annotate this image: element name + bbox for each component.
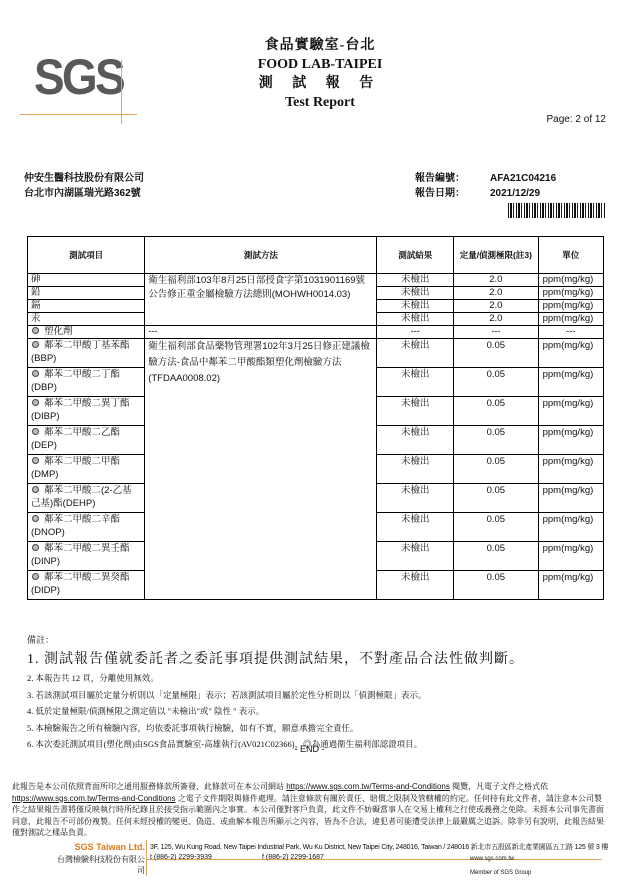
- lab-name-cn: 食品實驗室-台北: [200, 36, 440, 55]
- accredited-mark-icon: [32, 327, 39, 334]
- footer-divider: [146, 840, 147, 876]
- item-name: 砷: [28, 274, 145, 287]
- table-row-plasticizer-group: 塑化劑 --- --- --- ---: [28, 326, 604, 339]
- unit: ppm(mg/kg): [538, 542, 603, 571]
- result: 未檢出: [377, 313, 454, 326]
- lab-name-en: FOOD LAB-TAIPEI: [200, 55, 440, 74]
- unit: ppm(mg/kg): [538, 274, 603, 287]
- notes-section: 備註： 1. 測試報告僅就委託者之委託事項提供測試結果，不對產品合法性做判斷。 …: [27, 633, 587, 753]
- report-date-label: 報告日期：: [415, 186, 490, 201]
- unit: ppm(mg/kg): [538, 287, 603, 300]
- doc-type-cn: 測 試 報 告: [200, 74, 440, 93]
- item-name: 汞: [28, 313, 145, 326]
- result: 未檢出: [377, 287, 454, 300]
- limit: 0.05: [454, 397, 539, 426]
- result: 未檢出: [377, 397, 454, 426]
- limit: 2.0: [454, 287, 539, 300]
- accredited-mark-icon: [32, 428, 39, 435]
- terms-link-1[interactable]: https://www.sgs.com.tw/Terms-and-Conditi…: [286, 782, 450, 791]
- unit: ppm(mg/kg): [538, 300, 603, 313]
- result: 未檢出: [377, 513, 454, 542]
- note-4: 4. 低於定量極限/偵測極限之測定值以 "未檢出"或" 陰性 " 表示。: [27, 703, 587, 720]
- result: 未檢出: [377, 300, 454, 313]
- results-table: 測試項目 測試方法 測試結果 定量/偵測極限(註3) 單位 砷 衛生福利部103…: [27, 236, 604, 600]
- table-header-row: 測試項目 測試方法 測試結果 定量/偵測極限(註3) 單位: [28, 237, 604, 274]
- note-3: 3. 若該測試項目屬於定量分析則以「定量極限」表示；若該測試項目屬於定性分析則以…: [27, 687, 587, 704]
- doc-type-en: Test Report: [200, 93, 440, 112]
- result: 未檢出: [377, 571, 454, 600]
- limit: 0.05: [454, 455, 539, 484]
- note-1: 1. 測試報告僅就委託者之委託事項提供測試結果，不對產品合法性做判斷。: [27, 650, 587, 670]
- item-name: 鄰苯二甲酸二丁酯(DBP): [28, 368, 145, 397]
- limit: 2.0: [454, 300, 539, 313]
- result: 未檢出: [377, 368, 454, 397]
- report-number-label: 報告編號：: [415, 171, 490, 186]
- accredited-mark-icon: [32, 370, 39, 377]
- result: 未檢出: [377, 542, 454, 571]
- result: 未檢出: [377, 339, 454, 368]
- limit: 0.05: [454, 484, 539, 513]
- company-name-cn: 台灣檢驗科技股份有限公司: [50, 854, 145, 876]
- unit: ppm(mg/kg): [538, 513, 603, 542]
- legal-text-1: 此報告是本公司依照背面所印之通用服務條款所簽發，此條款可在本公司網站: [12, 782, 286, 791]
- unit: ppm(mg/kg): [538, 313, 603, 326]
- limit: 0.05: [454, 542, 539, 571]
- unit: ppm(mg/kg): [538, 397, 603, 426]
- item-name: 塑化劑: [28, 326, 145, 339]
- limit: 0.05: [454, 368, 539, 397]
- item-name: 鄰苯二甲酸二辛酯(DNOP): [28, 513, 145, 542]
- result: 未檢出: [377, 455, 454, 484]
- lab-header: 食品實驗室-台北 FOOD LAB-TAIPEI 測 試 報 告 Test Re…: [200, 36, 440, 112]
- footer-fax: f (886-2) 2299-1687: [262, 854, 324, 861]
- item-name: 鄰苯二甲酸二異癸酯(DIDP): [28, 571, 145, 600]
- item-name: 鄰苯二甲酸二(2-乙基己基)酯(DEHP): [28, 484, 145, 513]
- limit: 0.05: [454, 339, 539, 368]
- accredited-mark-icon: [32, 399, 39, 406]
- accredited-mark-icon: [32, 544, 39, 551]
- limit: 0.05: [454, 426, 539, 455]
- legal-text-2: 閱覽，凡電子文件之格式依: [450, 782, 548, 791]
- item-name: 鄰苯二甲酸二異丁酯(DIBP): [28, 397, 145, 426]
- footer-phone: t (886-2) 2299-3939: [150, 854, 212, 861]
- limit: 2.0: [454, 313, 539, 326]
- footer-address: 3F, 125, Wu Kung Road, New Taipei Indust…: [150, 842, 608, 852]
- report-meta: 報告編號： AFA21C04216 報告日期： 2021/12/29: [415, 171, 556, 201]
- page-number: Page: 2 of 12: [547, 114, 607, 125]
- unit: ppm(mg/kg): [538, 339, 603, 368]
- limit: 0.05: [454, 513, 539, 542]
- notes-title: 備註：: [27, 633, 587, 646]
- accredited-mark-icon: [32, 341, 39, 348]
- unit: ppm(mg/kg): [538, 368, 603, 397]
- method: ---: [145, 326, 377, 339]
- limit: 0.05: [454, 571, 539, 600]
- header-test-item: 測試項目: [28, 237, 145, 274]
- item-name: 鄰苯二甲酸二異壬酯(DINP): [28, 542, 145, 571]
- plasticizer-method: 衛生福利部食品藥物管理署102年3月25日修正建議檢驗方法-食品中鄰苯二甲酸酯類…: [145, 339, 377, 600]
- unit: ---: [538, 326, 603, 339]
- end-marker: - END -: [0, 744, 619, 754]
- note-5: 5. 本檢驗報告之所有檢驗內容，均依委託事項執行檢驗，如有不實，願意承擔完全責任…: [27, 720, 587, 737]
- client-name: 仲安生醫科技股份有限公司: [24, 171, 144, 186]
- table-row: 鄰苯二甲酸丁基苯酯(BBP) 衛生福利部食品藥物管理署102年3月25日修正建議…: [28, 339, 604, 368]
- accredited-mark-icon: [32, 486, 39, 493]
- unit: ppm(mg/kg): [538, 571, 603, 600]
- unit: ppm(mg/kg): [538, 426, 603, 455]
- note-2: 2. 本報告共 12 頁，分離使用無效。: [27, 670, 587, 687]
- header-limit: 定量/偵測極限(註3): [454, 237, 539, 274]
- unit: ppm(mg/kg): [538, 455, 603, 484]
- logo-horizontal-rule: [20, 114, 137, 115]
- result: 未檢出: [377, 274, 454, 287]
- footer-website[interactable]: www.sgs.com.tw: [470, 856, 514, 862]
- header-result: 測試結果: [377, 237, 454, 274]
- footer-company: SGS Taiwan Ltd. 台灣檢驗科技股份有限公司: [50, 842, 145, 876]
- result: 未檢出: [377, 484, 454, 513]
- footer-rule: [146, 859, 602, 860]
- accredited-mark-icon: [32, 457, 39, 464]
- legal-disclaimer: 此報告是本公司依照背面所印之通用服務條款所簽發，此條款可在本公司網站 https…: [12, 781, 608, 839]
- logo-vertical-rule: [121, 60, 122, 124]
- accredited-mark-icon: [32, 573, 39, 580]
- footer-member: Member of SGS Group: [470, 870, 531, 876]
- limit: 2.0: [454, 274, 539, 287]
- item-name: 鉛: [28, 287, 145, 300]
- sgs-logo: SGS: [10, 30, 128, 96]
- barcode: [508, 203, 606, 218]
- item-name: 鄰苯二甲酸二乙酯(DEP): [28, 426, 145, 455]
- result: 未檢出: [377, 426, 454, 455]
- company-name-en: SGS Taiwan Ltd.: [50, 842, 145, 852]
- header-test-method: 測試方法: [145, 237, 377, 274]
- unit: ppm(mg/kg): [538, 484, 603, 513]
- header-unit: 單位: [538, 237, 603, 274]
- item-name: 鄰苯二甲酸二甲酯(DMP): [28, 455, 145, 484]
- report-date: 2021/12/29: [490, 186, 540, 201]
- terms-link-2[interactable]: https://www.sgs.com.tw/Terms-and-Conditi…: [12, 794, 176, 803]
- metals-method: 衛生福利部103年8月25日部授食字第1031901169號公告修正重金屬檢驗方…: [145, 274, 377, 326]
- report-number: AFA21C04216: [490, 171, 556, 186]
- accredited-mark-icon: [32, 515, 39, 522]
- item-name: 鎘: [28, 300, 145, 313]
- client-address: 台北市內湖區瑞光路362號: [24, 186, 144, 201]
- client-info: 仲安生醫科技股份有限公司 台北市內湖區瑞光路362號: [24, 171, 144, 201]
- limit: ---: [454, 326, 539, 339]
- logo-text: SGS: [34, 52, 123, 102]
- result: ---: [377, 326, 454, 339]
- item-name: 鄰苯二甲酸丁基苯酯(BBP): [28, 339, 145, 368]
- table-row: 砷 衛生福利部103年8月25日部授食字第1031901169號公告修正重金屬檢…: [28, 274, 604, 287]
